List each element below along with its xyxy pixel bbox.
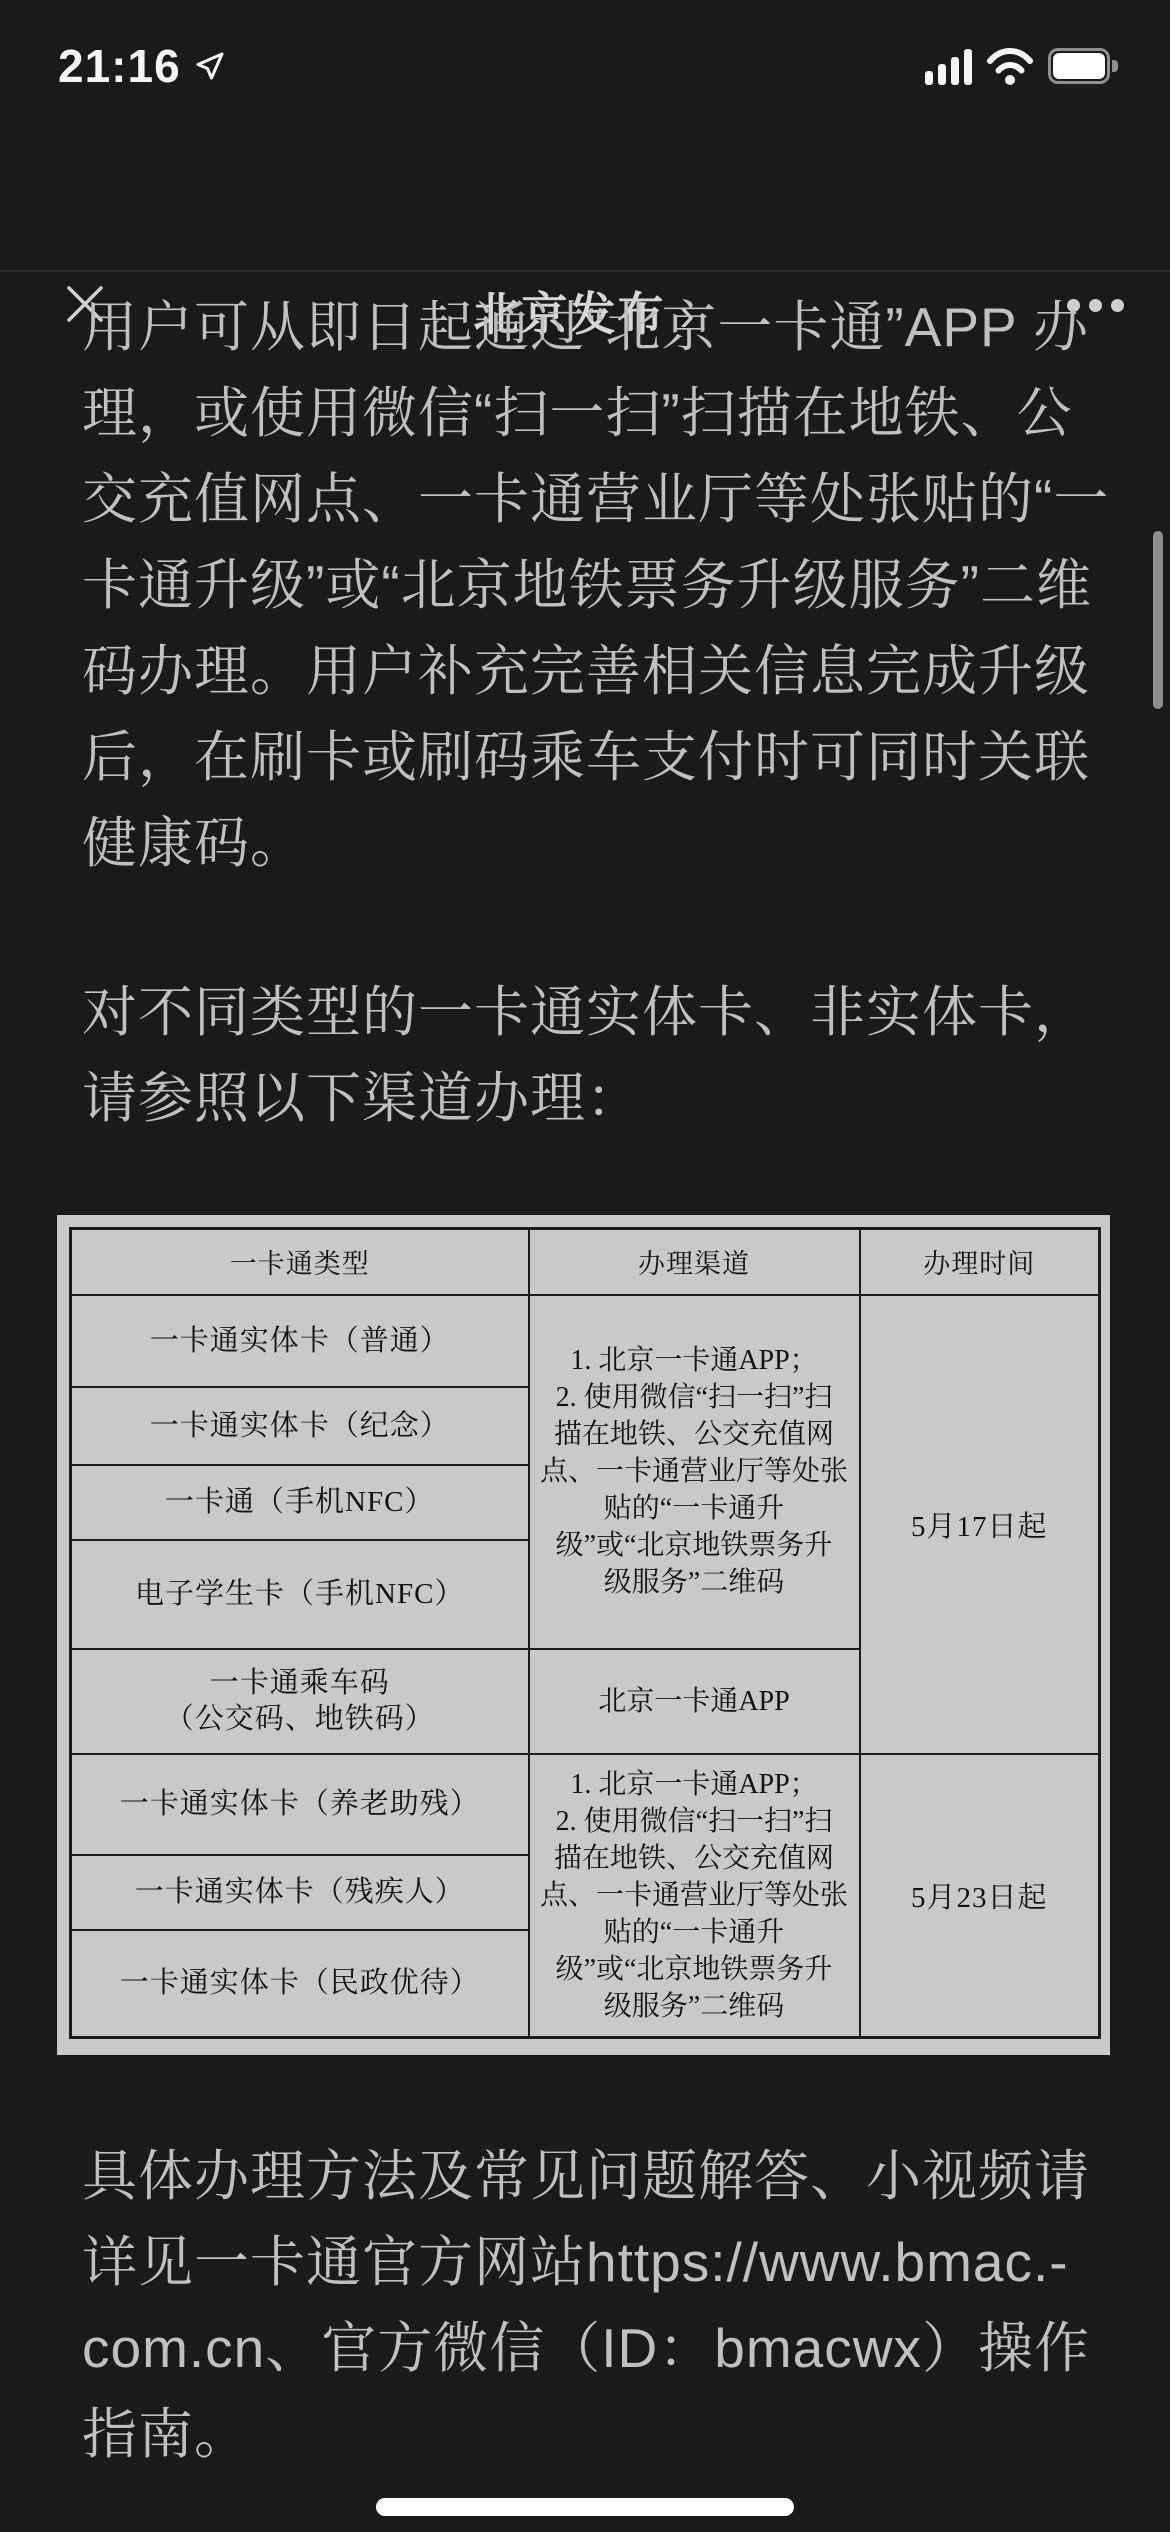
scrollbar-thumb[interactable] [1153, 531, 1163, 709]
battery-icon [1048, 48, 1118, 84]
table-row: 一卡通实体卡（普通） 1. 北京一卡通APP； 2. 使用微信“扫一扫”扫 描在… [71, 1295, 1100, 1387]
card-type-cell: 一卡通实体卡（养老助残） [71, 1754, 529, 1855]
time-cell-may17: 5月17日起 [860, 1295, 1100, 1754]
nav-bar: 北京发布› [0, 100, 1170, 272]
card-type-cell: 一卡通实体卡（普通） [71, 1295, 529, 1387]
time-cell-may23: 5月23日起 [860, 1754, 1100, 2038]
card-type-cell: 一卡通实体卡（纪念） [71, 1387, 529, 1465]
clock-text: 21:16 [58, 39, 181, 93]
wechat-article-screen: 21:16 北京发布› 用户可从 [0, 0, 1170, 2532]
status-icons [925, 40, 1118, 92]
channel-cell-group1: 1. 北京一卡通APP； 2. 使用微信“扫一扫”扫 描在地铁、公交充值网 点、… [529, 1295, 860, 1649]
paragraph-channel-intro: 对不同类型的一卡通实体卡、非实体卡， 请参照以下渠道办理： [82, 969, 1110, 1141]
col-header-time: 办理时间 [860, 1229, 1100, 1295]
card-type-cell: 一卡通实体卡（残疾人） [71, 1855, 529, 1930]
upgrade-channels-table: 一卡通类型 办理渠道 办理时间 一卡通实体卡（普通） 1. 北京一卡通APP； … [57, 1215, 1110, 2055]
paragraph-more-info: 具体办理方法及常见问题解答、小视频请 详见一卡通官方网站https://www.… [82, 2133, 1110, 2477]
status-bar: 21:16 [0, 0, 1170, 100]
card-type-cell: 一卡通乘车码 （公交码、地铁码） [71, 1649, 529, 1754]
table-header-row: 一卡通类型 办理渠道 办理时间 [71, 1229, 1100, 1295]
location-arrow-icon [193, 49, 227, 83]
home-indicator[interactable] [376, 2498, 794, 2516]
channel-cell-group2: 1. 北京一卡通APP； 2. 使用微信“扫一扫”扫 描在地铁、公交充值网 点、… [529, 1754, 860, 2038]
card-type-cell: 一卡通实体卡（民政优待） [71, 1930, 529, 2038]
channels-table: 一卡通类型 办理渠道 办理时间 一卡通实体卡（普通） 1. 北京一卡通APP； … [69, 1227, 1101, 2039]
channel-cell-app-only: 北京一卡通APP [529, 1649, 860, 1754]
col-header-channel: 办理渠道 [529, 1229, 860, 1295]
status-time: 21:16 [58, 36, 227, 96]
card-type-cell: 电子学生卡（手机NFC） [71, 1540, 529, 1649]
cellular-signal-icon [925, 47, 972, 85]
col-header-card-type: 一卡通类型 [71, 1229, 529, 1295]
wifi-icon [984, 46, 1036, 86]
paragraph-upgrade-info: 用户可从即日起通过“北京一卡通”APP 办 理，或使用微信“扫一扫”扫描在地铁、… [82, 284, 1110, 886]
card-type-cell: 一卡通（手机NFC） [71, 1465, 529, 1540]
table-row: 一卡通实体卡（养老助残） 1. 北京一卡通APP； 2. 使用微信“扫一扫”扫 … [71, 1754, 1100, 1855]
